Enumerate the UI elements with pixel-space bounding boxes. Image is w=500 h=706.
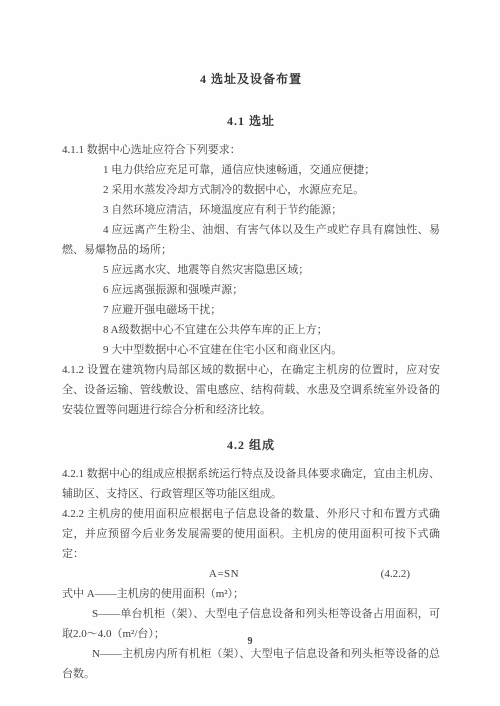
section-4-1-heading: 4.1 选址 [62, 114, 440, 128]
list-item-5: 5 应远离水灾、地震等自然灾害隐患区域； [62, 260, 440, 280]
chapter-heading: 4 选址及设备布置 [62, 72, 440, 86]
clause-4-1-1: 4.1.1 数据中心选址应符合下列要求： [62, 140, 440, 160]
formula-where-a: 式中 A——主机房的使用面积（m²）； [62, 584, 440, 604]
page-number: 9 [0, 636, 500, 647]
formula-where-n: N——主机房内所有机柜（架）、大型电子信息设备和列头柜等设备的总台数。 [62, 644, 440, 684]
clause-4-2-1: 4.2.1 数据中心的组成应根据系统运行特点及设备具体要求确定，宜由主机房、辅助… [62, 464, 440, 504]
list-item-4: 4 应远离产生粉尘、油烟、有害气体以及生产或贮存具有腐蚀性、易燃、易爆物品的场所… [62, 220, 440, 260]
list-item-2: 2 采用水蒸发冷却方式制冷的数据中心，水源应充足。 [62, 180, 440, 200]
list-item-9: 9 大中型数据中心不宜建在住宅小区和商业区内。 [62, 340, 440, 360]
document-page: 4 选址及设备布置 4.1 选址 4.1.1 数据中心选址应符合下列要求： 1 … [0, 0, 500, 706]
list-item-8: 8 A级数据中心不宜建在公共停车库的正上方； [62, 320, 440, 340]
list-item-1: 1 电力供给应充足可靠，通信应快速畅通，交通应便捷； [62, 160, 440, 180]
list-item-3: 3 自然环境应清洁，环境温度应有利于节约能源； [62, 200, 440, 220]
clause-4-2-2: 4.2.2 主机房的使用面积应根据电子信息设备的数量、外形尺寸和布置方式确定，并… [62, 504, 440, 564]
list-item-6: 6 应远离强振源和强噪声源； [62, 280, 440, 300]
clause-4-1-2: 4.1.2 设置在建筑物内局部区域的数据中心，在确定主机房的位置时，应对安全、设… [62, 360, 440, 420]
formula-row: A=SN (4.2.2) [62, 564, 440, 584]
list-item-7: 7 应避开强电磁场干扰； [62, 300, 440, 320]
section-4-2-heading: 4.2 组成 [62, 438, 440, 452]
formula-equation-number: (4.2.2) [381, 564, 410, 584]
